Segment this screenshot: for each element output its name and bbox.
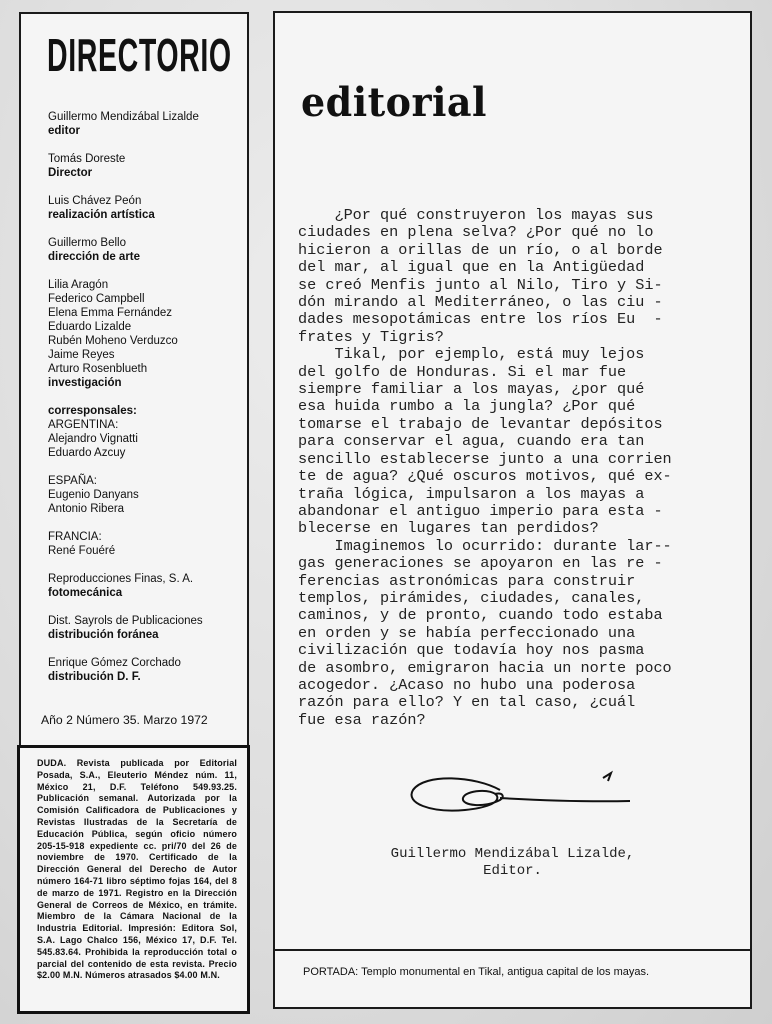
editorial-line: ¿Por qué construyeron los mayas sus	[298, 207, 738, 224]
editorial-line: tomarse el trabajo de levantar depósitos	[298, 416, 738, 433]
directory-role: distribución D. F.	[48, 670, 248, 684]
directory-panel: DIRECTORIO Guillermo Mendizábal Lizaldee…	[19, 12, 249, 747]
directory-entry: Guillermo Mendizábal Lizaldeeditor	[48, 110, 248, 138]
editorial-panel: editorial ¿Por qué construyeron los maya…	[273, 11, 752, 951]
directory-name: Guillermo Bello	[48, 236, 248, 250]
directory-name: Arturo Rosenblueth	[48, 362, 248, 376]
directory-name: Federico Campbell	[48, 292, 248, 306]
directory-role: realización artística	[48, 208, 248, 222]
directory-name: Guillermo Mendizábal Lizalde	[48, 110, 248, 124]
directory-name: Dist. Sayrols de Publicaciones	[48, 614, 248, 628]
editorial-line: para conservar el agua, cuando era tan	[298, 433, 738, 450]
directory-role: investigación	[48, 376, 248, 390]
directory-role: corresponsales:	[48, 404, 248, 418]
editorial-line: blecerse en lugares tan perdidos?	[298, 520, 738, 537]
directory-entry: ESPAÑA:Eugenio DanyansAntonio Ribera	[48, 474, 248, 516]
editorial-line: esa huida rumbo a la jungla? ¿Por qué	[298, 398, 738, 415]
directory-entry: Guillermo Bellodirección de arte	[48, 236, 248, 264]
directory-name: Luis Chávez Peón	[48, 194, 248, 208]
editorial-line: abandonar el antiguo imperio para esta -	[298, 503, 738, 520]
directory-name: FRANCIA:	[48, 530, 248, 544]
directory-name: Enrique Gómez Corchado	[48, 656, 248, 670]
signature-name: Guillermo Mendizábal Lizalde,	[275, 846, 750, 863]
editorial-line: de asombro, emigraron hacia un norte poc…	[298, 660, 738, 677]
editorial-line: dades mesopotámicas entre los ríos Eu -	[298, 311, 738, 328]
signature-image	[405, 768, 635, 828]
editorial-line: siempre familiar a los mayas, ¿por qué	[298, 381, 738, 398]
legal-notice-text: DUDA. Revista publicada por Editorial Po…	[37, 758, 237, 982]
editorial-line: razón para ello? Y en tal caso, ¿cuál	[298, 694, 738, 711]
editorial-line: se creó Menfis junto al Nilo, Tiro y Si-	[298, 277, 738, 294]
signature-caption: Guillermo Mendizábal Lizalde, Editor.	[275, 846, 750, 880]
editorial-line: en orden y se había perfeccionado una	[298, 625, 738, 642]
editorial-title: editorial	[301, 83, 487, 123]
directory-name: Lilia Aragón	[48, 278, 248, 292]
directory-entry: FRANCIA:René Fouéré	[48, 530, 248, 558]
editorial-line: ferencias astronómicas para construir	[298, 573, 738, 590]
editorial-line: templos, pirámides, ciudades, canales,	[298, 590, 738, 607]
directory-name: René Fouéré	[48, 544, 248, 558]
editorial-line: dón mirando al Mediterráneo, o las ciu -	[298, 294, 738, 311]
editorial-line: acogedor. ¿Acaso no hubo una poderosa	[298, 677, 738, 694]
directory-name: Eduardo Lizalde	[48, 320, 248, 334]
editorial-line: civilización que todavía hoy nos pasma	[298, 642, 738, 659]
directory-entry: corresponsales:ARGENTINA:Alejandro Vigna…	[48, 404, 248, 460]
editorial-line: gas generaciones se apoyaron en las re -	[298, 555, 738, 572]
legal-notice-panel: DUDA. Revista publicada por Editorial Po…	[17, 745, 250, 1014]
editorial-line: Imaginemos lo ocurrido: durante lar--	[298, 538, 738, 555]
directory-name: Jaime Reyes	[48, 348, 248, 362]
directory-role: Director	[48, 166, 248, 180]
editorial-line: del golfo de Honduras. Si el mar fue	[298, 364, 738, 381]
editorial-body: ¿Por qué construyeron los mayas susciuda…	[298, 207, 738, 729]
editorial-line: Tikal, por ejemplo, está muy lejos	[298, 346, 738, 363]
directory-name: Rubén Moheno Verduzco	[48, 334, 248, 348]
cover-caption-panel: PORTADA: Templo monumental en Tikal, ant…	[273, 949, 752, 1009]
directory-role: distribución foránea	[48, 628, 248, 642]
directory-entry: Dist. Sayrols de Publicacionesdistribuci…	[48, 614, 248, 642]
directory-entry: Lilia AragónFederico CampbellElena Emma …	[48, 278, 248, 390]
editorial-line: te de agua? ¿Qué oscuros motivos, qué ex…	[298, 468, 738, 485]
directory-role: dirección de arte	[48, 250, 248, 264]
directory-entry: Reproducciones Finas, S. A.fotomecánica	[48, 572, 248, 600]
directory-role: editor	[48, 124, 248, 138]
directory-name: Elena Emma Fernández	[48, 306, 248, 320]
directory-name: Eugenio Danyans	[48, 488, 248, 502]
directory-title: DIRECTORIO	[47, 32, 232, 78]
directory-name: ESPAÑA:	[48, 474, 248, 488]
editorial-line: hicieron a orillas de un río, o al borde	[298, 242, 738, 259]
directory-name: Alejandro Vignatti	[48, 432, 248, 446]
directory-name: Eduardo Azcuy	[48, 446, 248, 460]
editorial-line: traña lógica, impulsaron a los mayas a	[298, 486, 738, 503]
directory-name: Antonio Ribera	[48, 502, 248, 516]
directory-list: Guillermo Mendizábal LizaldeeditorTomás …	[48, 110, 248, 698]
editorial-line: frates y Tigris?	[298, 329, 738, 346]
signature-title: Editor.	[275, 863, 750, 880]
directory-entry: Tomás DoresteDirector	[48, 152, 248, 180]
editorial-line: fue esa razón?	[298, 712, 738, 729]
editorial-line: ciudades en plena selva? ¿Por qué no lo	[298, 224, 738, 241]
directory-name: Reproducciones Finas, S. A.	[48, 572, 248, 586]
cover-caption: PORTADA: Templo monumental en Tikal, ant…	[303, 965, 730, 979]
directory-role: fotomecánica	[48, 586, 248, 600]
editorial-line: del mar, al igual que en la Antigüedad	[298, 259, 738, 276]
directory-entry: Luis Chávez Peónrealización artística	[48, 194, 248, 222]
directory-entry: Enrique Gómez Corchadodistribución D. F.	[48, 656, 248, 684]
issue-info: Año 2 Número 35. Marzo 1972	[41, 713, 208, 727]
editorial-line: caminos, y de pronto, cuando todo estaba	[298, 607, 738, 624]
directory-name: Tomás Doreste	[48, 152, 248, 166]
editorial-line: sencillo establecerse junto a una corrie…	[298, 451, 738, 468]
directory-name: ARGENTINA:	[48, 418, 248, 432]
